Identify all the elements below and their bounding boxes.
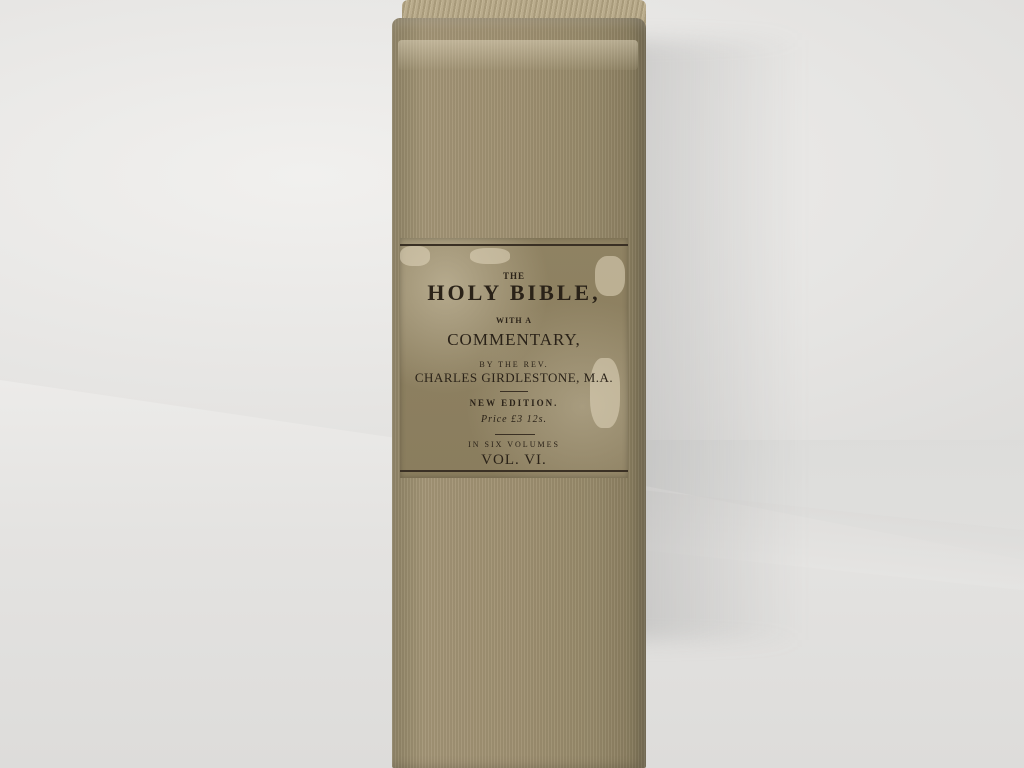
label-volume: VOL. VI.: [400, 452, 628, 469]
label-author: CHARLES GIRDLESTONE, M.A.: [400, 370, 628, 386]
book-spine: THE HOLY BIBLE, WITH A COMMENTARY, BY TH…: [392, 18, 646, 768]
label-rule-bottom: [400, 470, 628, 472]
label-edition: NEW EDITION.: [400, 398, 628, 408]
label-rule-top: [400, 244, 628, 246]
label-price: Price £3 12s.: [400, 414, 628, 425]
label-separator: [500, 391, 528, 392]
label-with: WITH A: [400, 316, 628, 325]
label-volumes: IN SIX VOLUMES: [400, 440, 628, 449]
label-tear: [400, 246, 430, 266]
book: THE HOLY BIBLE, WITH A COMMENTARY, BY TH…: [392, 0, 648, 768]
label-tear: [470, 248, 510, 264]
label-title: HOLY BIBLE,: [400, 280, 628, 306]
label-by: BY THE REV.: [400, 360, 628, 369]
label-subtitle: COMMENTARY,: [400, 330, 628, 350]
spine-headcap: [398, 40, 638, 70]
spine-label: THE HOLY BIBLE, WITH A COMMENTARY, BY TH…: [400, 238, 628, 478]
label-separator: [495, 434, 535, 435]
